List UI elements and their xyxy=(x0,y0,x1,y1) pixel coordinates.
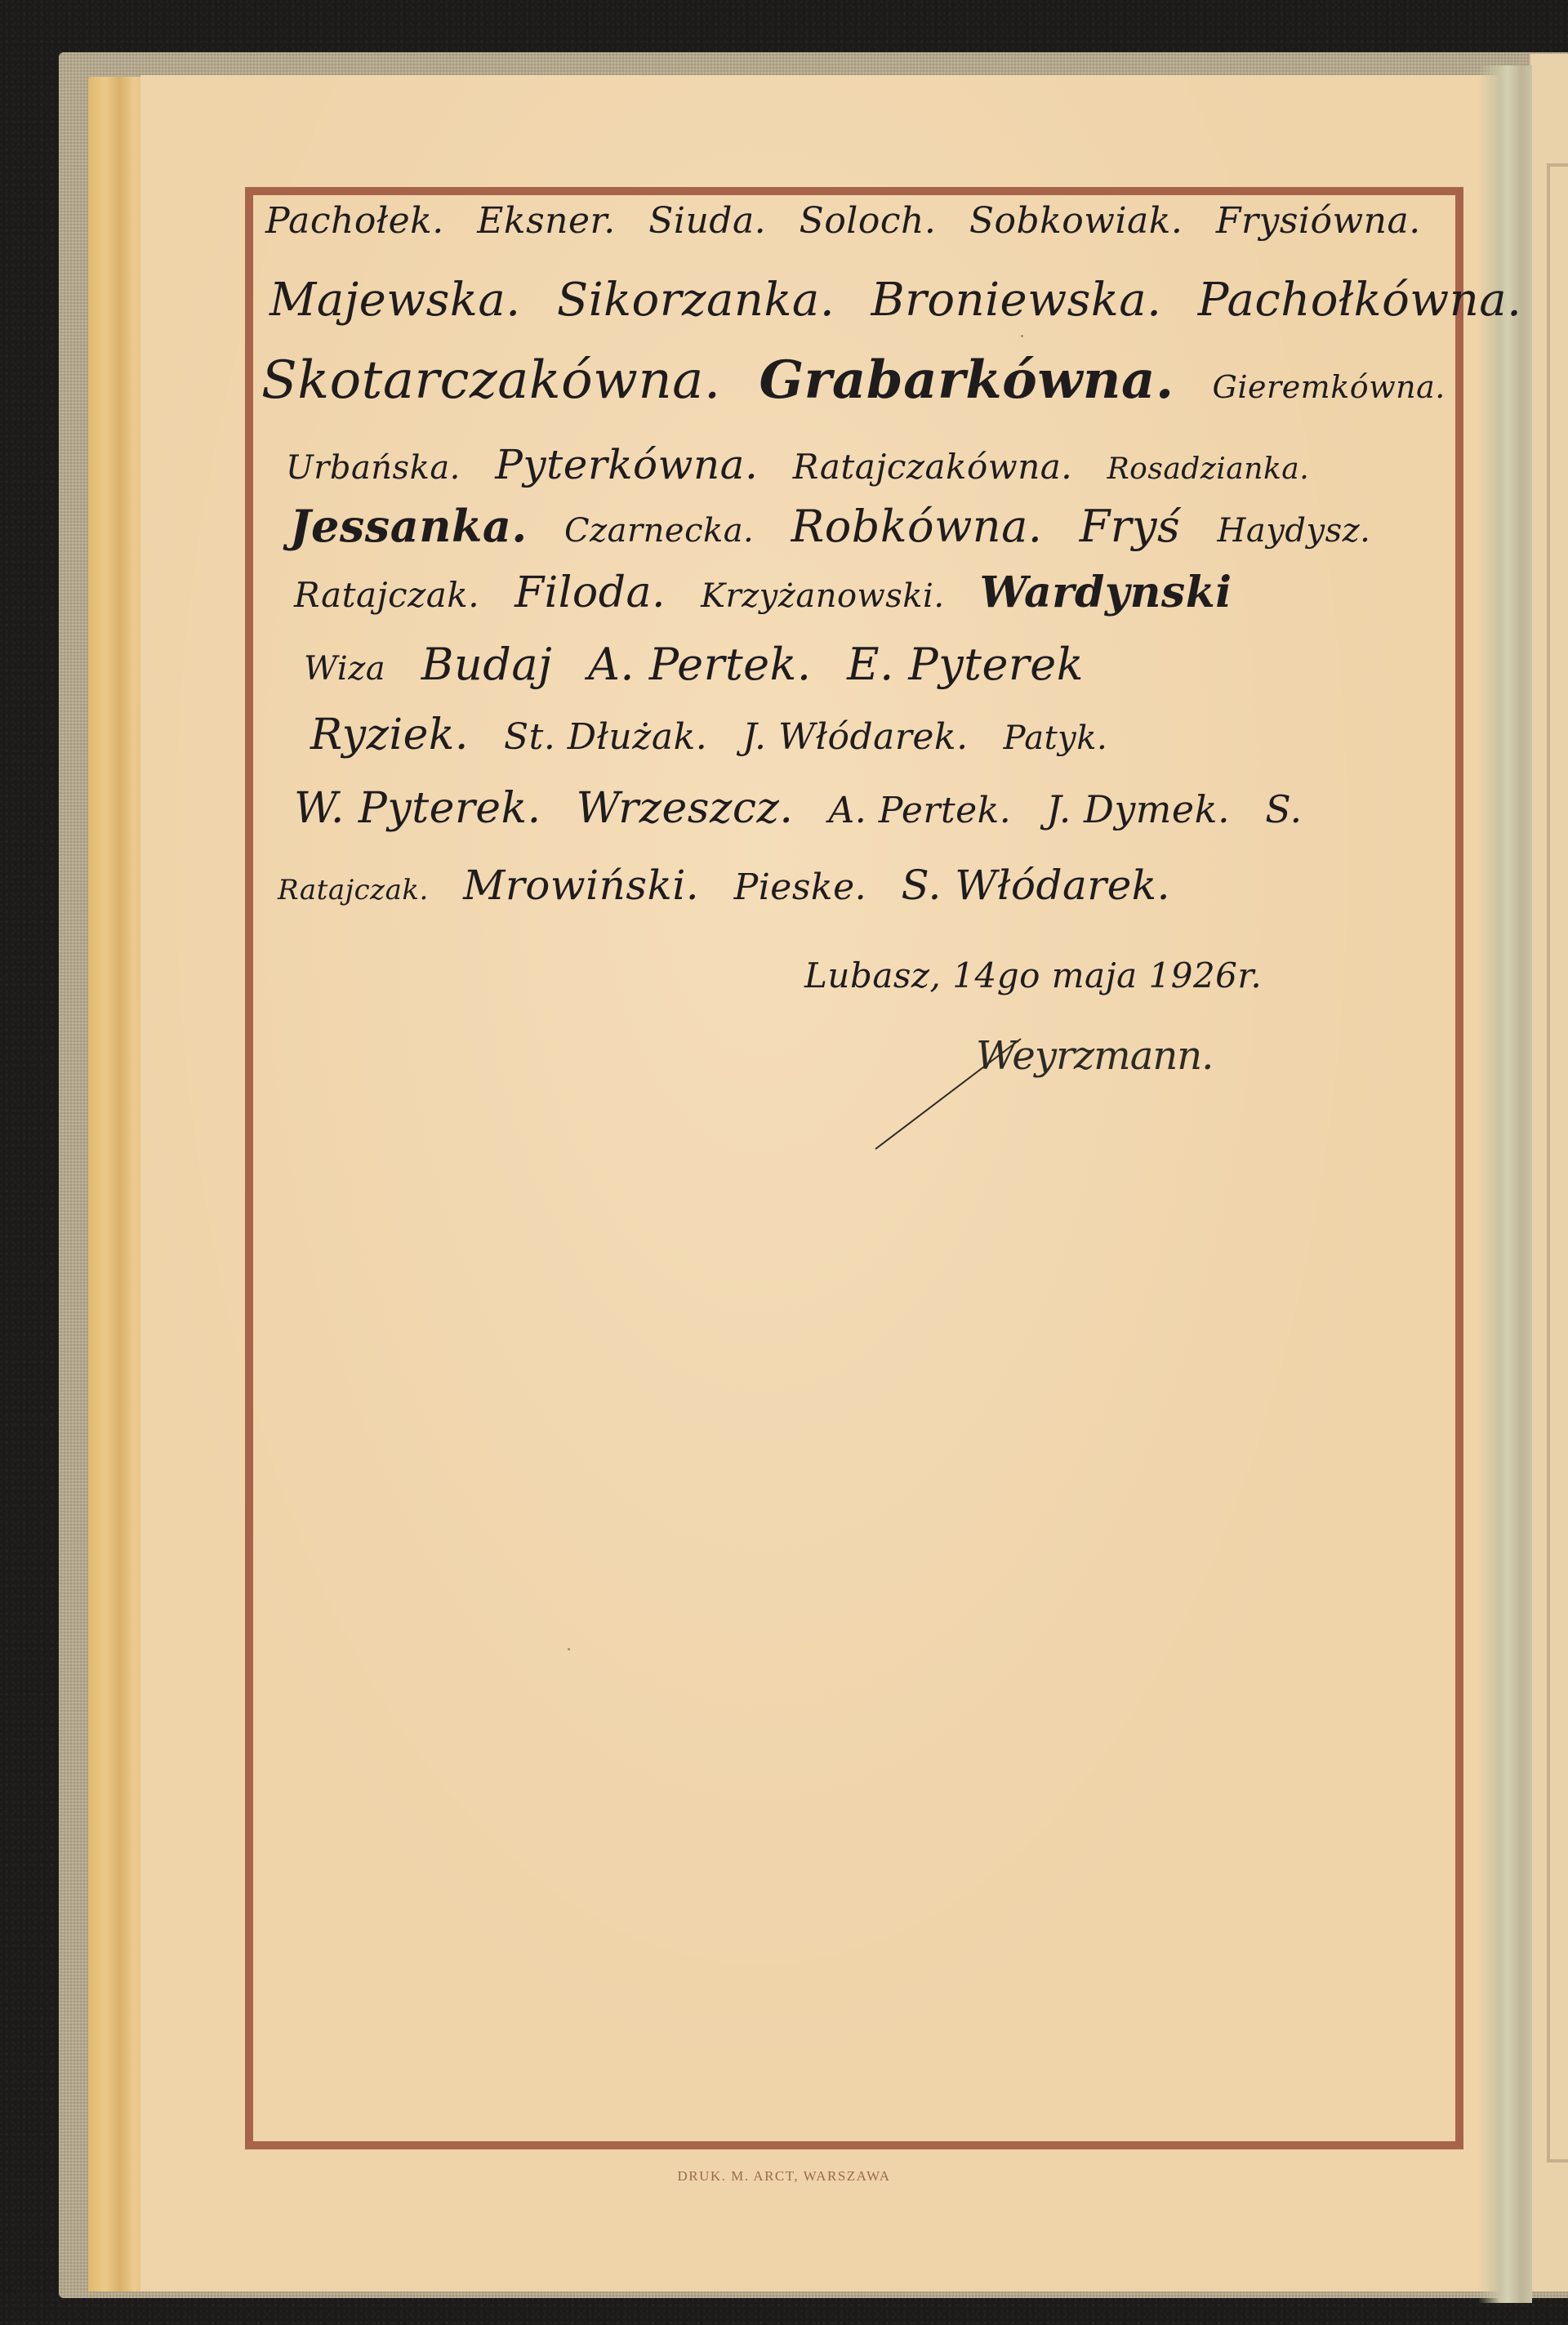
signature-name: Wrzeszcz. xyxy=(577,784,794,833)
signature-name: E. Pyterek xyxy=(847,639,1084,690)
signature-name: Rosadzianka. xyxy=(1107,452,1310,486)
signature-line-8: Ryziek. St. Dłużak. J. Włódarek. Patyk. xyxy=(310,710,1129,759)
signature-name: Majewska. xyxy=(269,274,521,327)
signature-name: Siuda. xyxy=(648,200,766,242)
official-signature: Weyrzmann. xyxy=(976,1033,1213,1079)
signature-name: Filoda. xyxy=(514,568,666,617)
printer-imprint: DRUK. M. ARCT, WARSZAWA xyxy=(0,2168,1568,2185)
signature-name: St. Dłużak. xyxy=(504,716,707,758)
signature-name: A. Pertek. xyxy=(828,790,1011,831)
signature-name: Wiza xyxy=(304,650,385,688)
signature-name: Pyterkówna. xyxy=(495,441,758,488)
place-and-date: Lubasz, 14go maja 1926r. xyxy=(804,955,1262,995)
signature-line-10: Ratajczak. Mrowiński. Pieske. S. Włódare… xyxy=(278,862,1192,909)
signature-name: Wardynski xyxy=(980,568,1232,617)
signature-line-7: Wiza Budaj A. Pertek. E. Pyterek xyxy=(304,639,1105,690)
signature-name: Pieske. xyxy=(734,866,866,908)
binding-gutter xyxy=(1478,65,1532,2303)
signature-name: Robkówna. xyxy=(791,501,1043,552)
signature-line-5: Jessanka. Czarnecka. Robkówna. Fryś Hayd… xyxy=(290,500,1392,552)
signature-name: Pachołek. xyxy=(265,200,444,242)
signature-name: Frysiówna. xyxy=(1216,200,1421,242)
paper-speck xyxy=(1021,335,1023,337)
signature-name: Haydysz. xyxy=(1218,512,1371,550)
signature-name: Budaj xyxy=(421,639,552,690)
signature-name: Grabarkówna. xyxy=(759,350,1174,411)
signature-name: Krzyżanowski. xyxy=(701,577,944,615)
signature-name: Patyk. xyxy=(1004,719,1108,757)
signature-name: Pachołkówna. xyxy=(1198,274,1522,327)
signature-line-4: Urbańska. Pyterkówna. Ratajczakówna. Ros… xyxy=(286,441,1330,488)
signature-name: Eksner. xyxy=(477,200,615,242)
signature-name: Czarnecka. xyxy=(564,512,754,550)
signature-name: Mrowiński. xyxy=(463,862,699,909)
page-edges xyxy=(88,77,145,2292)
signature-name: W. Pyterek. xyxy=(294,784,541,833)
signature-name: Broniewska. xyxy=(871,274,1161,327)
signature-name: A. Pertek. xyxy=(588,639,812,690)
signature-name: Skotarczakówna. xyxy=(261,350,721,411)
signature-name: Gieremkówna. xyxy=(1213,369,1445,405)
signature-name: Ratajczak. xyxy=(278,874,429,906)
signature-line-3: Skotarczakówna. Grabarkówna. Gieremkówna… xyxy=(261,350,1467,411)
signature-name: Sikorzanka. xyxy=(557,274,835,327)
signature-name: Soloch. xyxy=(800,200,937,242)
signature-line-6: Ratajczak. Filoda. Krzyżanowski. Wardyns… xyxy=(294,568,1254,617)
signature-name: Jessanka. xyxy=(290,500,528,552)
facing-page-frame xyxy=(1547,163,1568,2162)
signature-line-2: Majewska. Sikorzanka. Broniewska. Pachoł… xyxy=(269,274,1543,327)
signature-name: Ryziek. xyxy=(310,710,469,759)
signature-name: S. Włódarek. xyxy=(902,862,1170,909)
signature-line-9: W. Pyterek. Wrzeszcz. A. Pertek. J. Dyme… xyxy=(294,784,1324,833)
paper-speck xyxy=(568,1648,570,1650)
signature-name: J. Dymek. xyxy=(1046,787,1230,831)
signature-name: Sobkowiak. xyxy=(969,200,1183,242)
signature-name: Urbańska. xyxy=(286,449,461,487)
signature-name: S. xyxy=(1265,787,1303,831)
signature-name: Fryś xyxy=(1080,501,1181,552)
signature-line-1: Pachołek. Eksner. Siuda. Soloch. Sobkowi… xyxy=(265,200,1442,242)
signature-name: Ratajczak. xyxy=(294,575,479,615)
signature-name: Ratajczakówna. xyxy=(793,447,1072,487)
signature-name: J. Włódarek. xyxy=(742,716,968,758)
